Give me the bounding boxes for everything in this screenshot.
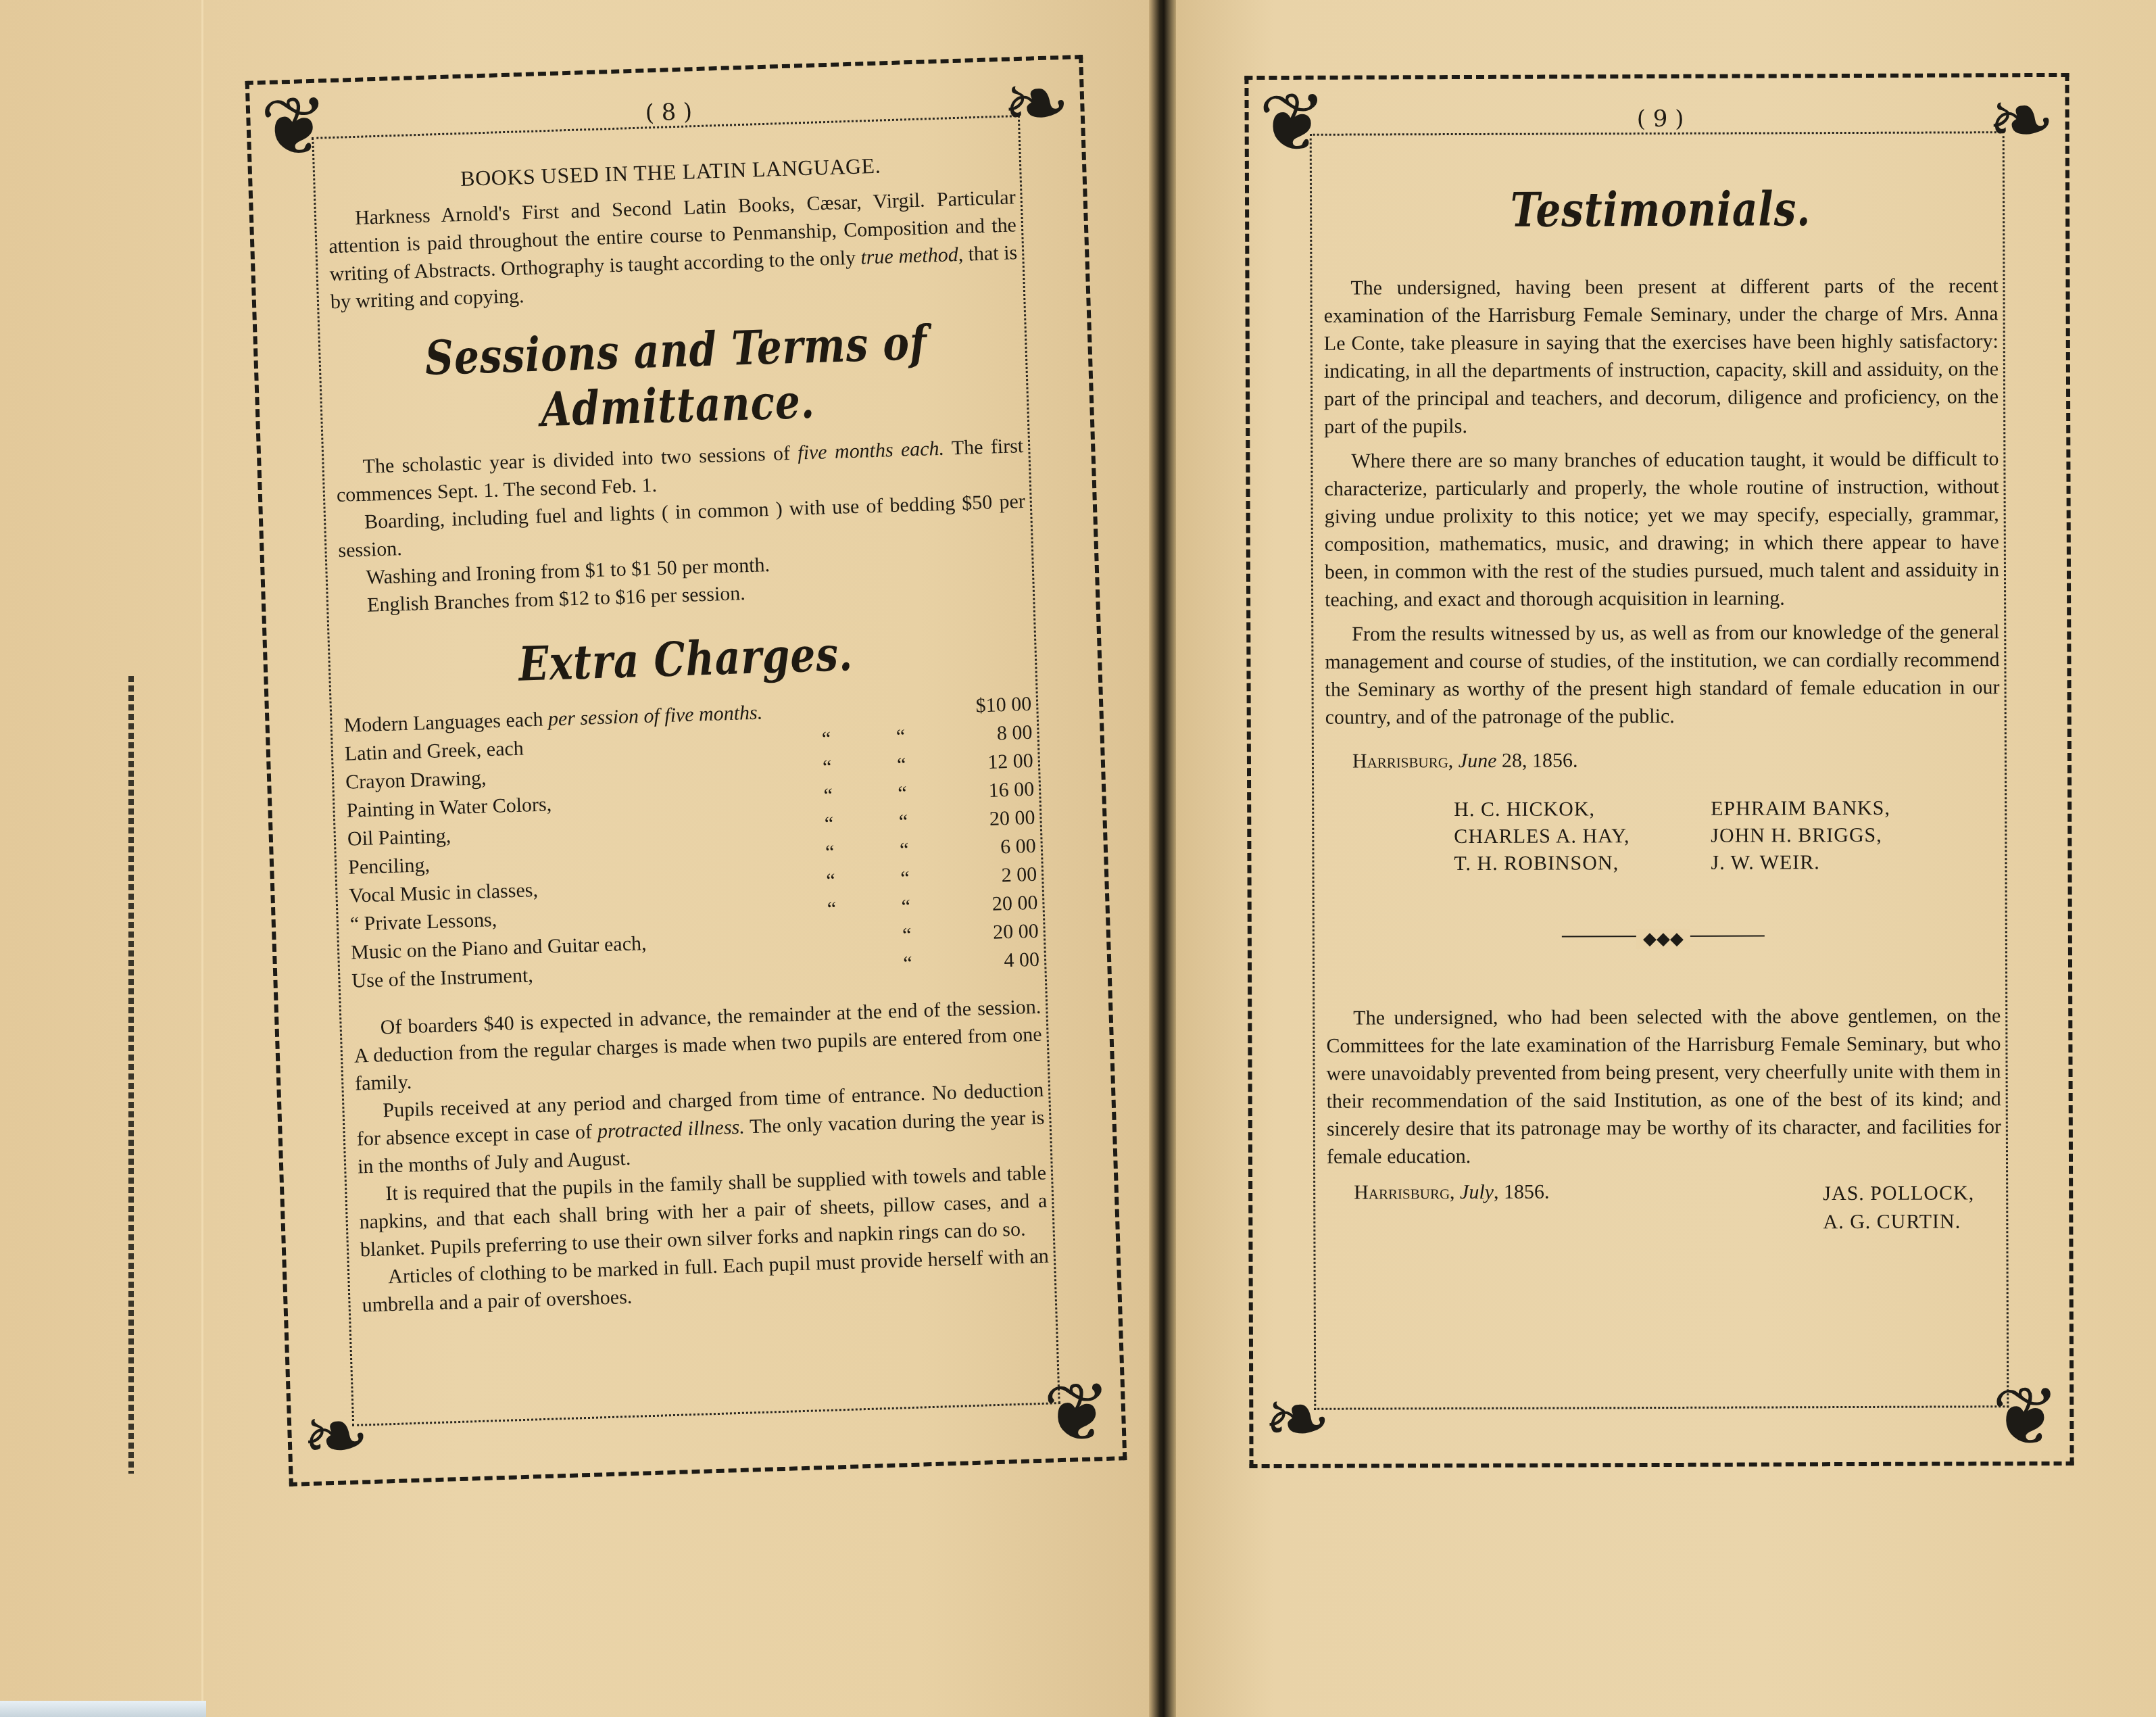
ditto-mark: “: [866, 835, 941, 865]
signer-name: JOHN H. BRIGGS,: [1711, 823, 1967, 847]
charge-amount: 6 00: [941, 832, 1036, 863]
book-spine: [1149, 0, 1176, 1717]
extra-charges-table: Modern Languages each per session of fiv…: [343, 690, 1040, 996]
dateline-june: Harrisburg, June 28, 1856.: [1352, 748, 2000, 773]
charge-amount: 20 00: [940, 804, 1035, 835]
charge-amount: 20 00: [944, 917, 1039, 948]
scan-background-strip: [0, 1701, 206, 1717]
diamond-ornament-icon: ◆◆◆: [1636, 929, 1690, 949]
ditto-mark: “: [865, 778, 940, 808]
charge-amount: $10 00: [937, 690, 1032, 721]
signer-name: J. W. WEIR.: [1711, 850, 1967, 874]
signers-list: H. C. HICKOK, EPHRAIM BANKS, CHARLES A. …: [1454, 796, 2000, 875]
ditto-mark: “: [869, 920, 944, 950]
border-offset-imprint: [128, 676, 134, 1474]
ornamental-divider: ◆◆◆: [1562, 928, 1765, 942]
ditto-mark: “: [793, 866, 868, 896]
final-signature-row: Harrisburg, July, 1856. JAS. POLLOCK, A.…: [1354, 1179, 1974, 1238]
page-8: ❦ ❧ ❧ ❦ ( 8 ) BOOKS USED IN THE LATIN LA…: [245, 55, 1127, 1486]
second-testimonial-paragraph: The undersigned, who had been selected w…: [1326, 1002, 2001, 1170]
testimonial-paragraph: The undersigned, having been present at …: [1323, 272, 1999, 440]
charge-amount: 12 00: [938, 747, 1033, 778]
ditto-mark: “: [868, 892, 944, 922]
ditto-mark: “: [868, 863, 943, 894]
testimonial-paragraph: Where there are so many branches of educ…: [1324, 445, 1999, 613]
page-9: ❦ ❧ ❧ ❦ ( 9 ) Testimonials. The undersig…: [1244, 73, 2074, 1468]
ditto-mark: “: [789, 724, 864, 754]
page-number: ( 9 ): [1323, 91, 1997, 147]
paper-fold-line: [201, 0, 203, 1717]
book-spread: ❦ ❧ ❧ ❦ ( 8 ) BOOKS USED IN THE LATIN LA…: [0, 0, 2156, 1717]
testimonials-heading: Testimonials.: [1323, 180, 1998, 238]
ditto-mark: “: [789, 752, 864, 783]
signer-name: CHARLES A. HAY,: [1454, 825, 1711, 848]
sessions-heading: Sessions and Terms of Admittance.: [331, 312, 1023, 444]
ditto-mark: “: [791, 809, 866, 840]
signer-name: T. H. ROBINSON,: [1454, 852, 1711, 875]
books-paragraph: Harkness Arnold's First and Second Latin…: [327, 183, 1019, 316]
signer-name: A. G. CURTIN.: [1823, 1207, 1974, 1236]
signer-name: EPHRAIM BANKS,: [1711, 796, 1967, 820]
ditto-mark: [796, 951, 871, 982]
signer-name: H. C. HICKOK,: [1454, 798, 1711, 821]
ditto-mark: [795, 923, 870, 953]
ditto-mark: “: [871, 948, 946, 979]
ditto-mark: “: [791, 781, 866, 811]
ditto-mark: “: [864, 750, 939, 780]
charge-amount: 16 00: [939, 775, 1035, 806]
extra-charges-heading: Extra Charges.: [341, 621, 1031, 698]
signer-name: JAS. POLLOCK,: [1823, 1179, 1974, 1208]
charge-amount: 8 00: [937, 719, 1033, 750]
dateline-july: Harrisburg, July, 1856.: [1354, 1181, 1550, 1238]
testimonial-paragraph: From the results witnessed by us, as wel…: [1325, 618, 2000, 731]
charge-amount: 20 00: [943, 889, 1038, 920]
ditto-mark: “: [866, 806, 941, 837]
charge-amount: 4 00: [944, 946, 1039, 977]
charge-amount: 2 00: [941, 861, 1037, 892]
ditto-mark: “: [792, 838, 867, 868]
ditto-mark: “: [794, 894, 869, 925]
page-number: ( 8 ): [324, 74, 1013, 150]
ditto-mark: “: [863, 721, 938, 752]
final-signers: JAS. POLLOCK, A. G. CURTIN.: [1823, 1179, 1974, 1236]
